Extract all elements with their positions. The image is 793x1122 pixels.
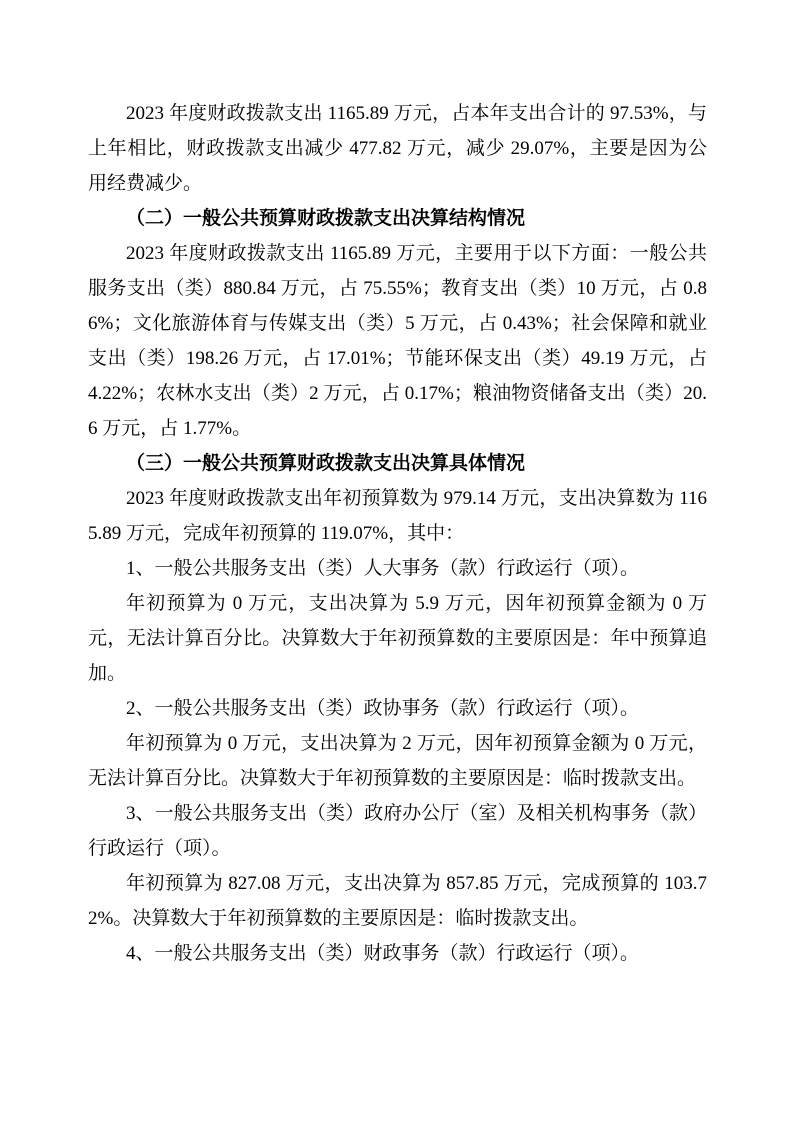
item-3-title: 3、一般公共服务支出（类）政府办公厅（室）及相关机构事务（款）行政运行（项）。 [88,796,707,866]
item-2-title: 2、一般公共服务支出（类）政协事务（款）行政运行（项）。 [88,691,707,726]
heading-expenditure-detail-section: （三）一般公共预算财政拨款支出决算具体情况 [88,446,707,481]
item-4-title: 4、一般公共服务支出（类）财政事务（款）行政运行（项）。 [88,936,707,971]
heading-expenditure-structure-section: （二）一般公共预算财政拨款支出决算结构情况 [88,201,707,236]
item-3-detail: 年初预算为 827.08 万元，支出决算为 857.85 万元，完成预算的 10… [88,866,707,936]
para-expenditure-total: 2023 年度财政拨款支出 1165.89 万元，占本年支出合计的 97.53%… [88,96,707,201]
item-1-detail: 年初预算为 0 万元，支出决算为 5.9 万元，因年初预算金额为 0 万元，无法… [88,586,707,691]
document-page: 2023 年度财政拨款支出 1165.89 万元，占本年支出合计的 97.53%… [0,0,793,1122]
para-budget-vs-final: 2023 年度财政拨款支出年初预算数为 979.14 万元，支出决算数为 116… [88,481,707,551]
item-1-title: 1、一般公共服务支出（类）人大事务（款）行政运行（项）。 [88,551,707,586]
item-2-detail: 年初预算为 0 万元，支出决算为 2 万元，因年初预算金额为 0 万元，无法计算… [88,726,707,796]
para-expenditure-structure: 2023 年度财政拨款支出 1165.89 万元，主要用于以下方面：一般公共服务… [88,236,707,446]
